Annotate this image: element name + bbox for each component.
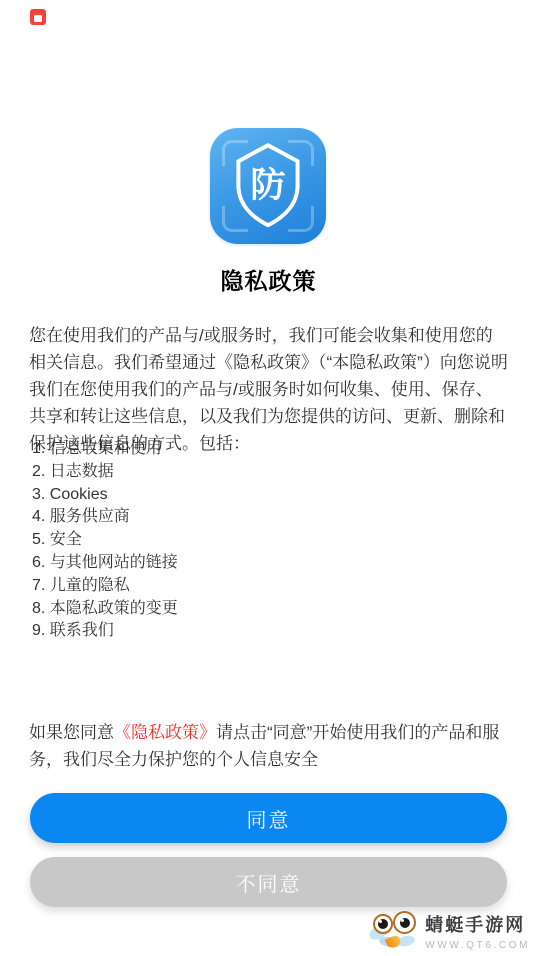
mascot-eye <box>393 911 416 934</box>
svg-text:防: 防 <box>250 166 285 205</box>
list-item: 1. 信息收集和使用 <box>32 438 452 461</box>
intro-paragraph: 您在使用我们的产品与/或服务时，我们可能会收集和使用您的相关信息。我们希望通过《… <box>29 322 509 457</box>
app-logo-shield-icon: 防 <box>210 128 326 244</box>
page-title: 隐私政策 <box>0 263 537 296</box>
list-item: 4. 服务供应商 <box>32 506 452 529</box>
list-item: 2. 日志数据 <box>32 461 452 484</box>
list-item: 8. 本隐私政策的变更 <box>32 598 452 621</box>
consent-note-before: 如果您同意 <box>29 723 114 742</box>
screen-record-icon-inner <box>34 15 42 22</box>
disagree-button[interactable]: 不同意 <box>30 857 507 907</box>
mascot-eye <box>373 914 393 934</box>
agree-button[interactable]: 同意 <box>30 793 507 843</box>
list-item: 9. 联系我们 <box>32 620 452 643</box>
dragonfly-mascot-icon <box>370 910 418 952</box>
privacy-policy-screen: 防 隐私政策 您在使用我们的产品与/或服务时，我们可能会收集和使用您的相关信息。… <box>0 0 537 956</box>
list-item: 6. 与其他网站的链接 <box>32 552 452 575</box>
screen-record-icon <box>30 9 46 25</box>
list-item: 3. Cookies <box>32 484 452 507</box>
shield-outline-icon: 防 <box>228 141 308 231</box>
policy-section-list: 1. 信息收集和使用 2. 日志数据 3. Cookies 4. 服务供应商 5… <box>32 438 452 643</box>
watermark-site-url: WWW.QT6.COM <box>425 940 530 951</box>
list-item: 7. 儿童的隐私 <box>32 575 452 598</box>
list-item: 5. 安全 <box>32 529 452 552</box>
site-watermark: 蜻蜓手游网 WWW.QT6.COM <box>370 910 530 952</box>
privacy-policy-link[interactable]: 《隐私政策》 <box>114 723 216 742</box>
consent-note: 如果您同意《隐私政策》请点击“同意”开始使用我们的产品和服务，我们尽全力保护您的… <box>29 719 509 773</box>
watermark-site-name: 蜻蜓手游网 <box>425 911 525 937</box>
